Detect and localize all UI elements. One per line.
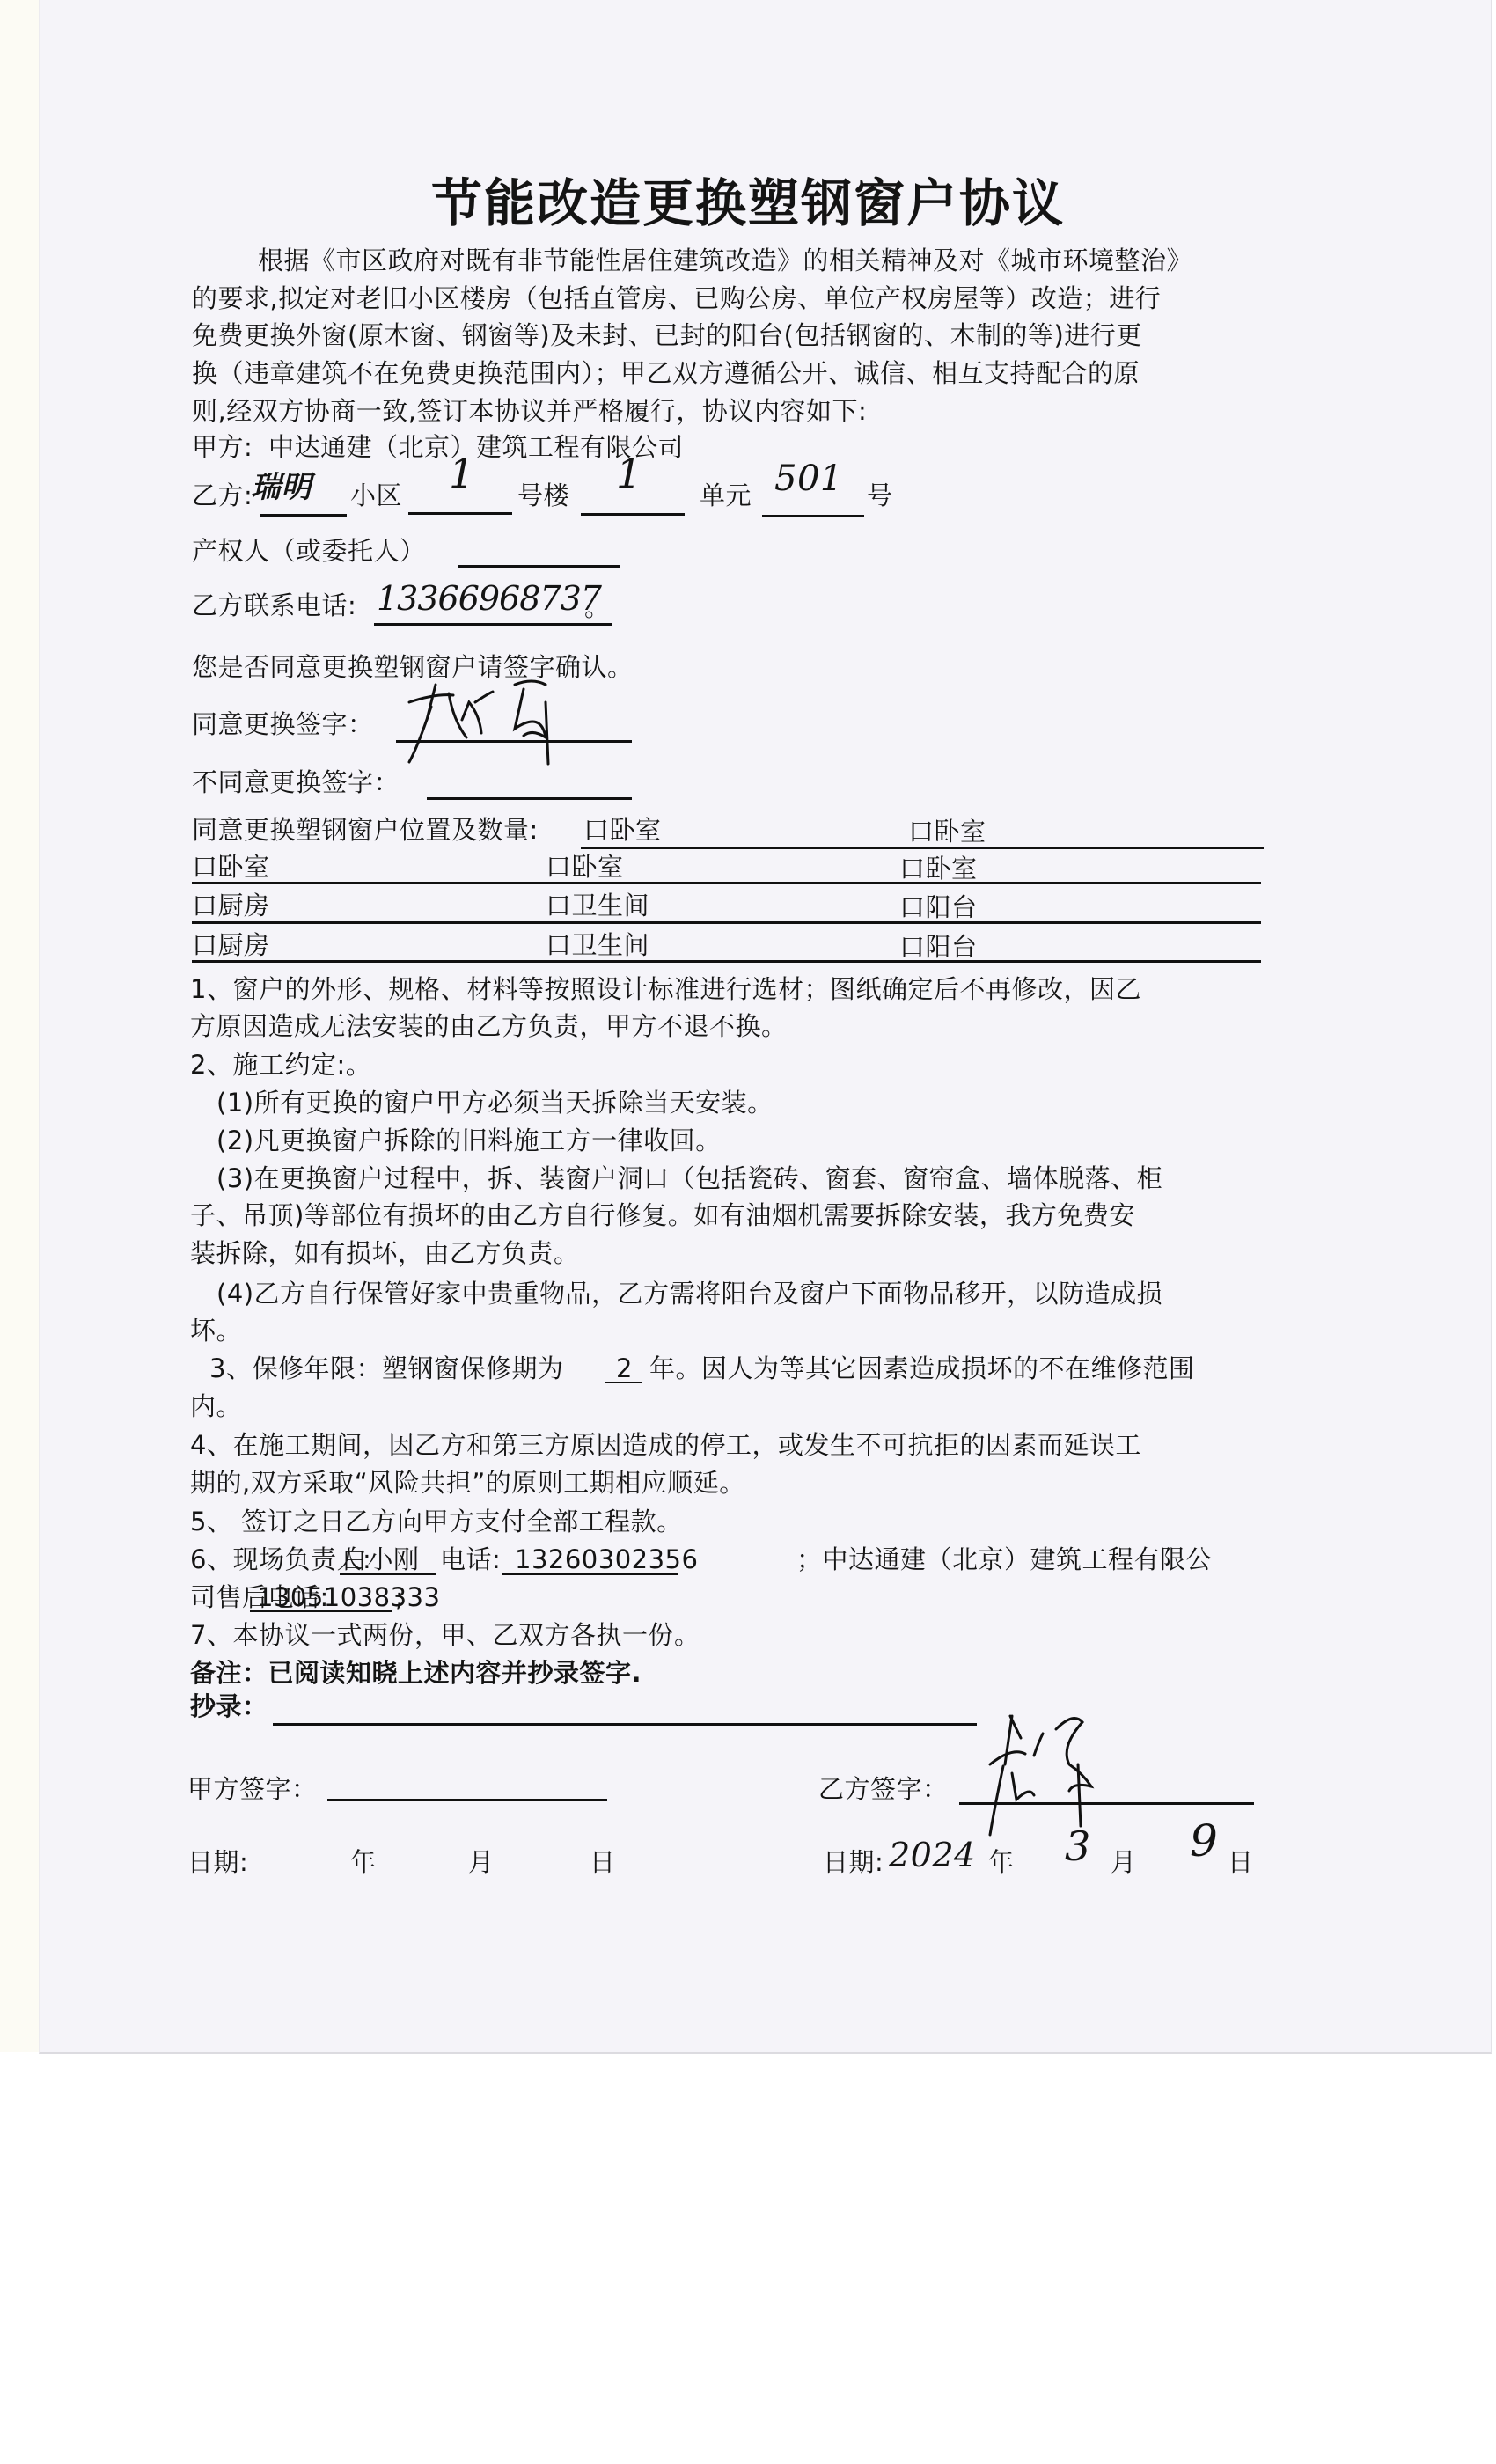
phone-underline xyxy=(374,623,612,626)
party-b-label: 乙方: xyxy=(192,480,253,511)
party-b-day[interactable]: 9 xyxy=(1190,1825,1218,1857)
clause-3-cont: 内。 xyxy=(190,1390,242,1422)
position-checkbox[interactable]: 口卧室 xyxy=(899,853,978,884)
positions-row-line xyxy=(192,960,1261,963)
agree-sign-label: 同意更换签字： xyxy=(192,708,374,740)
after-sales-phone-underline xyxy=(250,1610,392,1612)
party-b-month[interactable]: 3 xyxy=(1065,1830,1091,1862)
party-a-sign-underline[interactable] xyxy=(327,1799,607,1801)
unit-suffix: 单元 xyxy=(700,480,752,511)
transcribe-underline[interactable] xyxy=(273,1723,977,1726)
party-a-label: 甲方: xyxy=(192,431,253,463)
clause-6-phone-label: 电话: xyxy=(440,1544,501,1575)
community-field[interactable]: 瑞明 xyxy=(251,472,312,503)
position-checkbox[interactable]: 口阳台 xyxy=(899,891,978,923)
clause-7: 7、本协议一式两份，甲、乙双方各执一份。 xyxy=(190,1619,700,1651)
site-manager-phone[interactable]: 13260302356 xyxy=(515,1544,698,1575)
note: 备注：已阅读知晓上述内容并抄录签字. xyxy=(190,1657,642,1689)
intro-line: 则,经双方协商一致,签订本协议并严格履行，协议内容如下: xyxy=(192,395,867,427)
position-checkbox[interactable]: 口卧室 xyxy=(192,851,270,883)
phone-field[interactable]: 13366968737 xyxy=(377,583,601,614)
position-checkbox[interactable]: 口阳台 xyxy=(899,931,978,963)
intro-line: 换（违章建筑不在免费更换范围内）；甲乙双方遵循公开、诚信、相互支持配合的原 xyxy=(192,357,1140,389)
clause-2-2: (2)凡更换窗户拆除的旧料施工方一律收回。 xyxy=(216,1125,722,1156)
scan-margin xyxy=(0,0,39,2052)
clause-1: 1、窗户的外形、规格、材料等按照设计标准进行选材；图纸确定后不再修改，因乙 xyxy=(190,973,1141,1005)
clause-2-4-cont: 坏。 xyxy=(190,1315,242,1346)
site-manager-phone-underline xyxy=(502,1573,678,1575)
clause-2-3-cont: 装拆除，如有损坏，由乙方负责。 xyxy=(190,1237,580,1269)
after-sales-phone[interactable]: 13051038333 xyxy=(257,1581,440,1613)
positions-label: 同意更换塑钢窗户位置及数量: xyxy=(192,814,539,846)
position-checkbox[interactable]: 口卧室 xyxy=(583,814,662,846)
clause-2: 2、施工约定:。 xyxy=(190,1049,371,1081)
clause-4-cont: 期的,双方采取“风险共担”的原则工期相应顺延。 xyxy=(190,1467,745,1499)
party-b-day-label: 日 xyxy=(1228,1846,1254,1878)
warranty-years[interactable]: 2 xyxy=(616,1353,633,1384)
clause-2-3-cont: 子、吊顶)等部位有损坏的由乙方自行修复。如有油烟机需要拆除安装，我方免费安 xyxy=(190,1199,1135,1231)
community-underline xyxy=(260,514,347,517)
position-checkbox[interactable]: 口卫生间 xyxy=(546,929,649,961)
party-b-year[interactable]: 2024 xyxy=(889,1839,976,1871)
clause-4: 4、在施工期间，因乙方和第三方原因造成的停工，或发生不可抗拒的因素而延误工 xyxy=(190,1429,1141,1461)
building-underline xyxy=(408,512,512,515)
owner-underline xyxy=(458,565,620,568)
owner-label: 产权人（或委托人） xyxy=(192,535,426,567)
building-field[interactable]: 1 xyxy=(449,458,475,489)
warranty-underline xyxy=(605,1382,642,1383)
position-checkbox[interactable]: 口卧室 xyxy=(546,851,624,883)
intro-line: 免费更换外窗(原木窗、钢窗等)及未封、已封的阳台(包括钢窗的、木制的等)进行更 xyxy=(192,319,1142,351)
party-a-day-label: 日 xyxy=(590,1846,616,1878)
clause-6-cont-suffix: ; xyxy=(395,1581,404,1613)
community-suffix: 小区 xyxy=(350,480,402,511)
positions-row-line xyxy=(192,921,1261,924)
position-checkbox[interactable]: 口厨房 xyxy=(192,890,270,921)
room-suffix: 号 xyxy=(867,480,893,511)
clause-2-3: (3)在更换窗户过程中，拆、装窗户洞口（包括瓷砖、窗套、窗帘盒、墙体脱落、柜 xyxy=(216,1162,1162,1194)
positions-row-line xyxy=(581,847,1264,849)
room-field[interactable]: 501 xyxy=(774,463,843,495)
party-a-sign-label: 甲方签字： xyxy=(187,1773,318,1805)
party-a-date-label: 日期: xyxy=(187,1846,248,1878)
clause-2-4: (4)乙方自行保管好家中贵重物品，乙方需将阳台及窗户下面物品移开，以防造成损 xyxy=(216,1278,1162,1309)
agree-signature[interactable] xyxy=(400,667,576,771)
position-checkbox[interactable]: 口卧室 xyxy=(908,816,986,847)
clause-1-cont: 方原因造成无法安装的由乙方负责，甲方不退不换。 xyxy=(190,1010,788,1042)
building-suffix: 号楼 xyxy=(517,480,569,511)
party-b-signature[interactable] xyxy=(986,1712,1140,1844)
clause-3-suffix: 年。因人为等其它因素造成损坏的不在维修范围 xyxy=(649,1353,1195,1384)
clause-3-prefix: 3、保修年限：塑钢窗保修期为 xyxy=(209,1353,563,1384)
unit-field[interactable]: 1 xyxy=(616,458,642,489)
site-manager-underline xyxy=(340,1573,436,1575)
unit-underline xyxy=(581,513,685,516)
document-title: 节能改造更换塑钢窗户协议 xyxy=(0,172,1496,234)
positions-row-line xyxy=(192,882,1261,884)
position-checkbox[interactable]: 口厨房 xyxy=(192,929,270,961)
party-b-date-label: 日期: xyxy=(823,1846,884,1878)
phone-suffix: 。 xyxy=(584,591,611,623)
room-underline xyxy=(762,515,864,517)
disagree-sign-label: 不同意更换签字： xyxy=(192,766,400,798)
site-manager-field[interactable]: 白小刚 xyxy=(341,1544,420,1575)
transcribe-label: 抄录： xyxy=(190,1690,268,1722)
party-a-month-label: 月 xyxy=(468,1846,495,1878)
clause-2-1: (1)所有更换的窗户甲方必须当天拆除当天安装。 xyxy=(216,1087,774,1118)
party-a-year-label: 年 xyxy=(350,1846,377,1878)
party-b-month-label: 月 xyxy=(1111,1846,1137,1878)
position-checkbox[interactable]: 口卫生间 xyxy=(546,890,649,921)
phone-label: 乙方联系电话: xyxy=(192,590,356,621)
intro-line: 根据《市区政府对既有非节能性居住建筑改造》的相关精神及对《城市环境整治》 xyxy=(258,245,1192,276)
party-b-sign-label: 乙方签字： xyxy=(818,1773,949,1805)
clause-5: 5、 签订之日乙方向甲方支付全部工程款。 xyxy=(190,1506,683,1537)
party-b-year-label: 年 xyxy=(988,1846,1015,1878)
disagree-sign-underline xyxy=(427,797,632,800)
clause-6-suffix: ；中达通建（北京）建筑工程有限公 xyxy=(796,1544,1212,1575)
intro-line: 的要求,拟定对老旧小区楼房（包括直管房、已购公房、单位产权房屋等）改造；进行 xyxy=(192,282,1161,314)
